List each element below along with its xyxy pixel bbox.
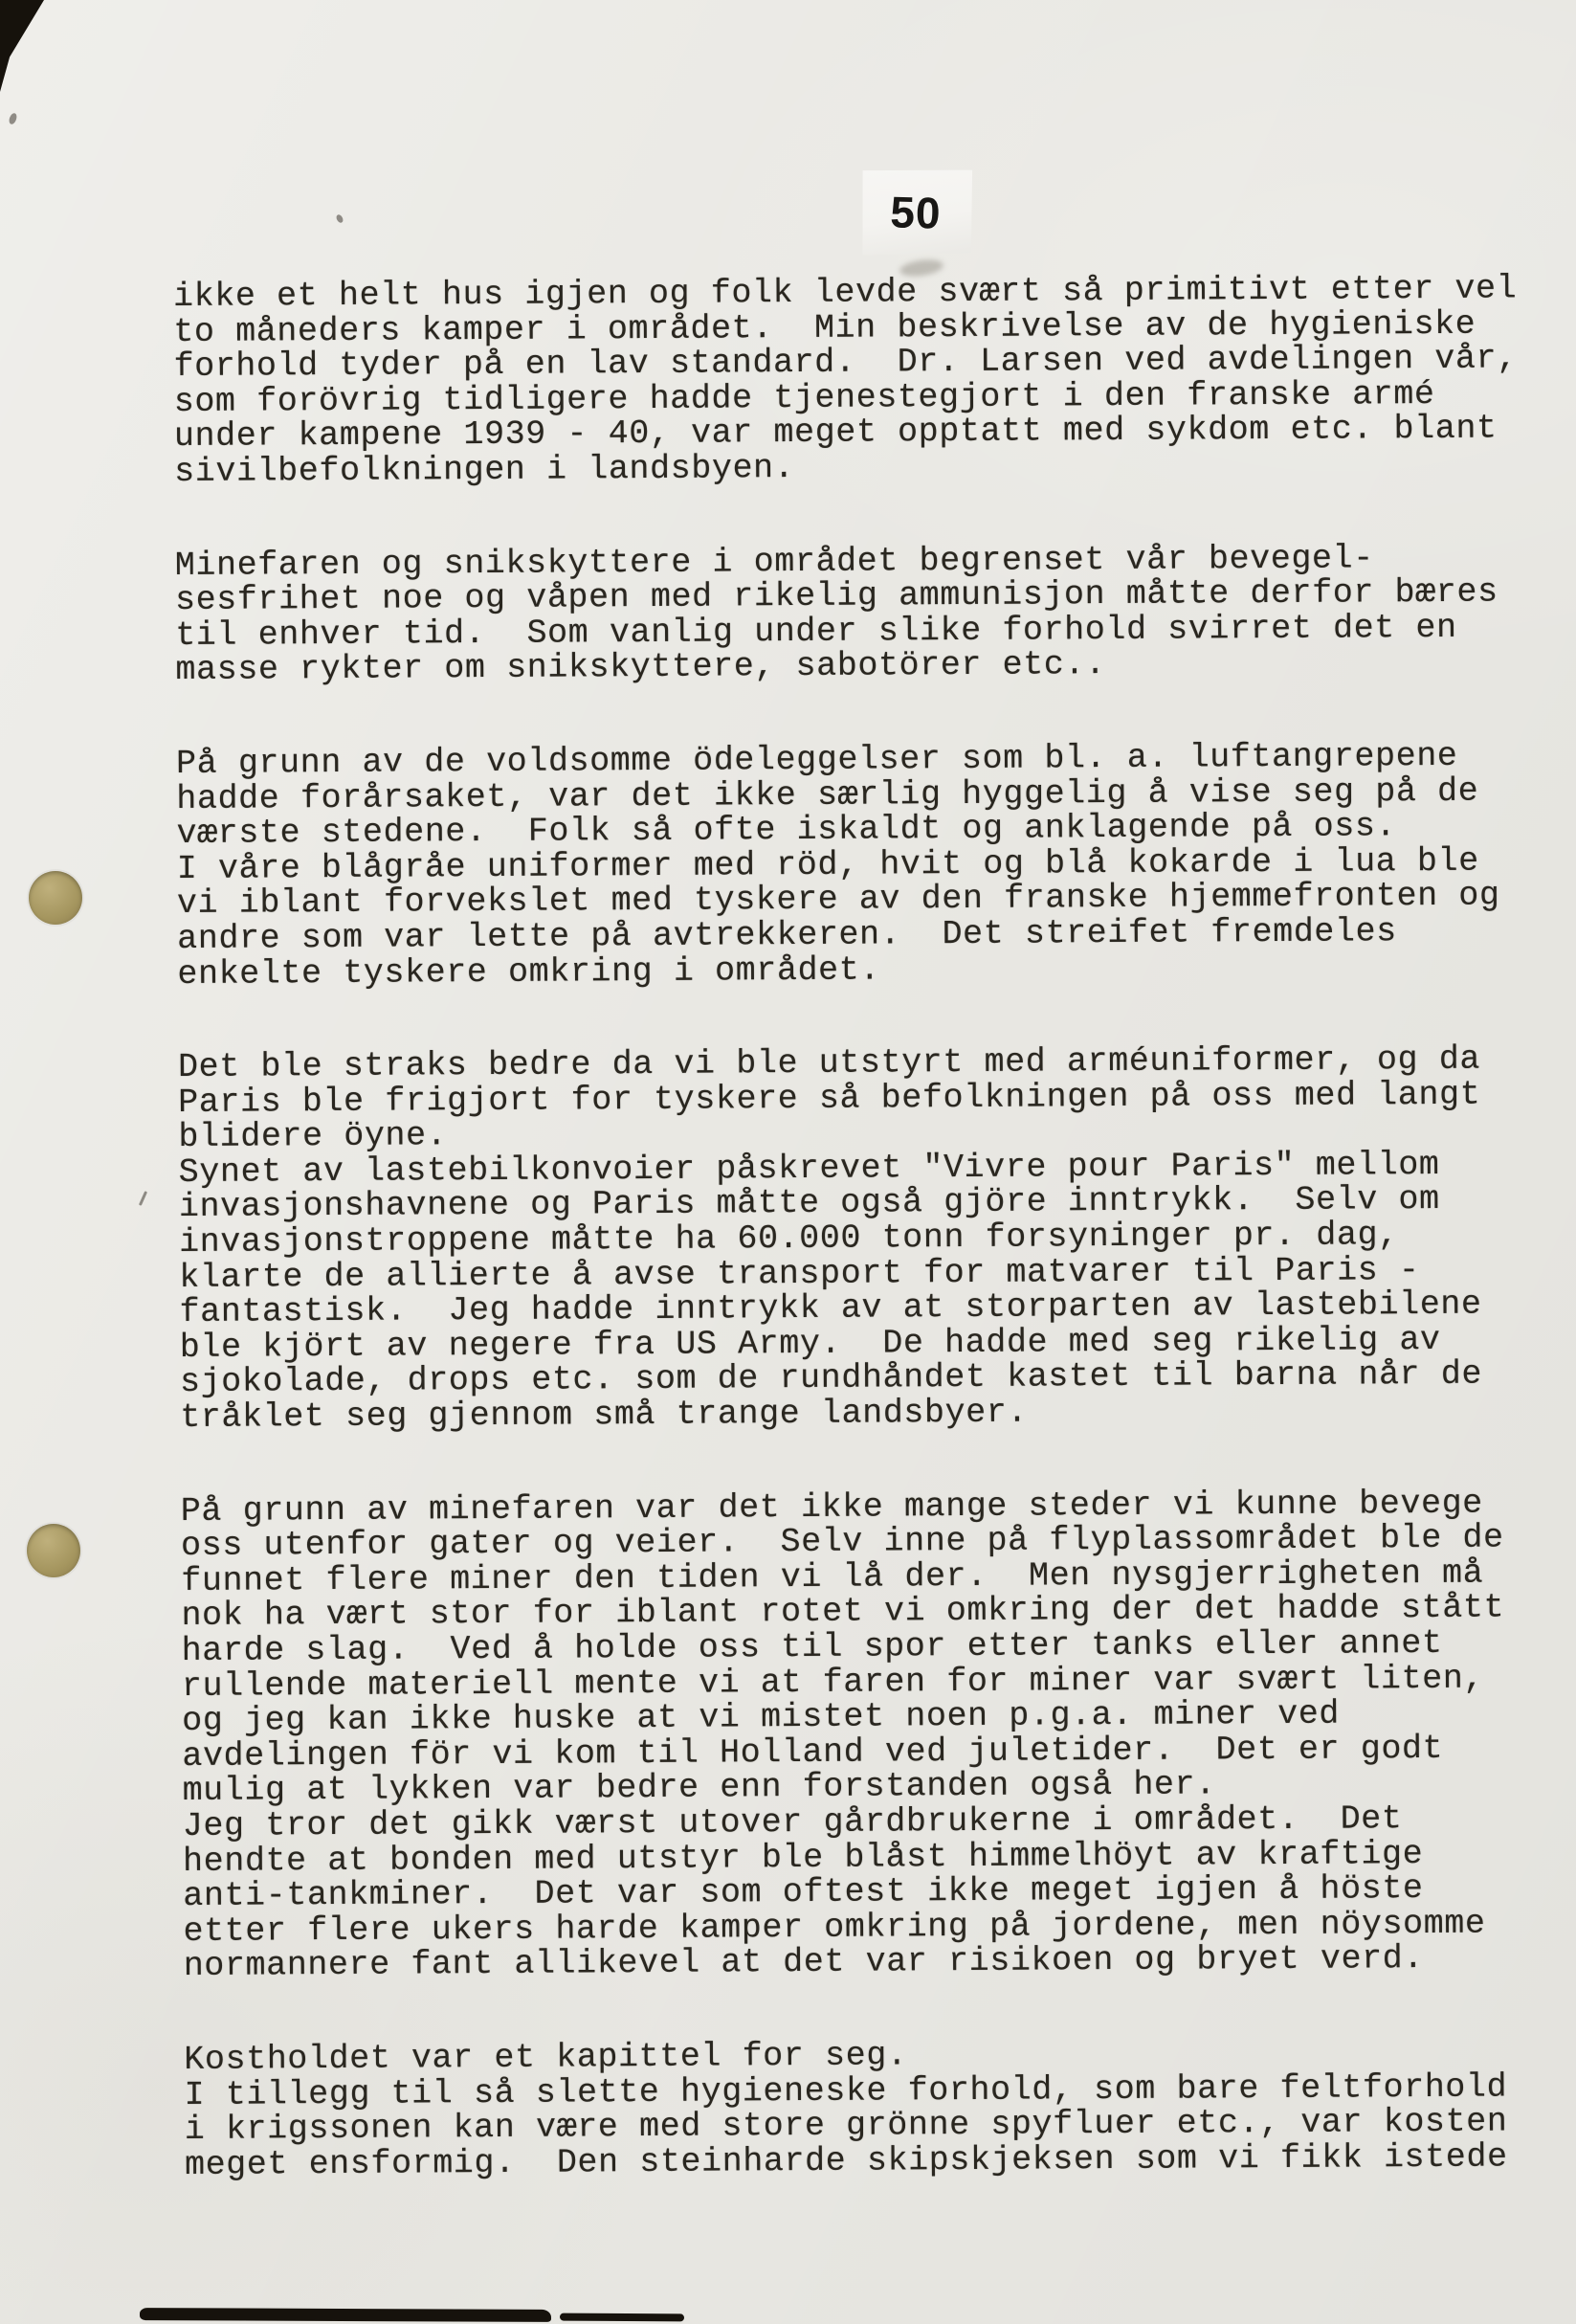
paragraph: På grunn av minefaren var det ikke mange…	[181, 1485, 1576, 1983]
text-line: enkelte tyskere omkring i området.	[177, 948, 1576, 992]
text-line: masse rykter om snikskyttere, sabotörer …	[175, 644, 1576, 688]
text-line: under kampene 1939 - 40, var meget oppta…	[174, 411, 1576, 455]
page-number-sticker: 50	[858, 167, 974, 257]
text-line: meget ensformig. Den steinharde skipskje…	[185, 2139, 1576, 2183]
scan-corner-mark	[0, 0, 44, 92]
paragraph: Det ble straks bedre da vi ble utstyrt m…	[178, 1041, 1576, 1436]
paragraph: ikke et helt hus igjen og folk levde svæ…	[173, 271, 1576, 490]
ink-speck	[8, 112, 18, 125]
hole-punch-top	[29, 871, 82, 925]
scan-bottom-edge-mark	[140, 2308, 551, 2322]
paragraph: Kostholdet var et kapittel for seg.I til…	[184, 2034, 1576, 2183]
ink-speck	[335, 213, 344, 224]
text-line: sivilbefolkningen i landsbyen.	[174, 446, 1576, 490]
paragraph: Minefaren og snikskyttere i området begr…	[175, 539, 1576, 688]
page-number: 50	[890, 186, 943, 238]
scan-bottom-edge-mark	[560, 2313, 684, 2322]
typewritten-text: ikke et helt hus igjen og folk levde svæ…	[173, 271, 1576, 2241]
ink-speck	[139, 1191, 147, 1206]
scanned-document-page: { "page": { "number_label": "50", "parag…	[0, 0, 1576, 2324]
text-line: normannere fant allikevel at det var ris…	[184, 1940, 1576, 1984]
paragraph: På grunn av de voldsomme ödeleggelser so…	[176, 738, 1576, 992]
hole-punch-bottom	[27, 1524, 80, 1577]
text-line: tråklet seg gjennom små trange landsbyer…	[180, 1392, 1576, 1436]
text-line: Paris ble frigjort for tyskere så befolk…	[178, 1077, 1576, 1121]
